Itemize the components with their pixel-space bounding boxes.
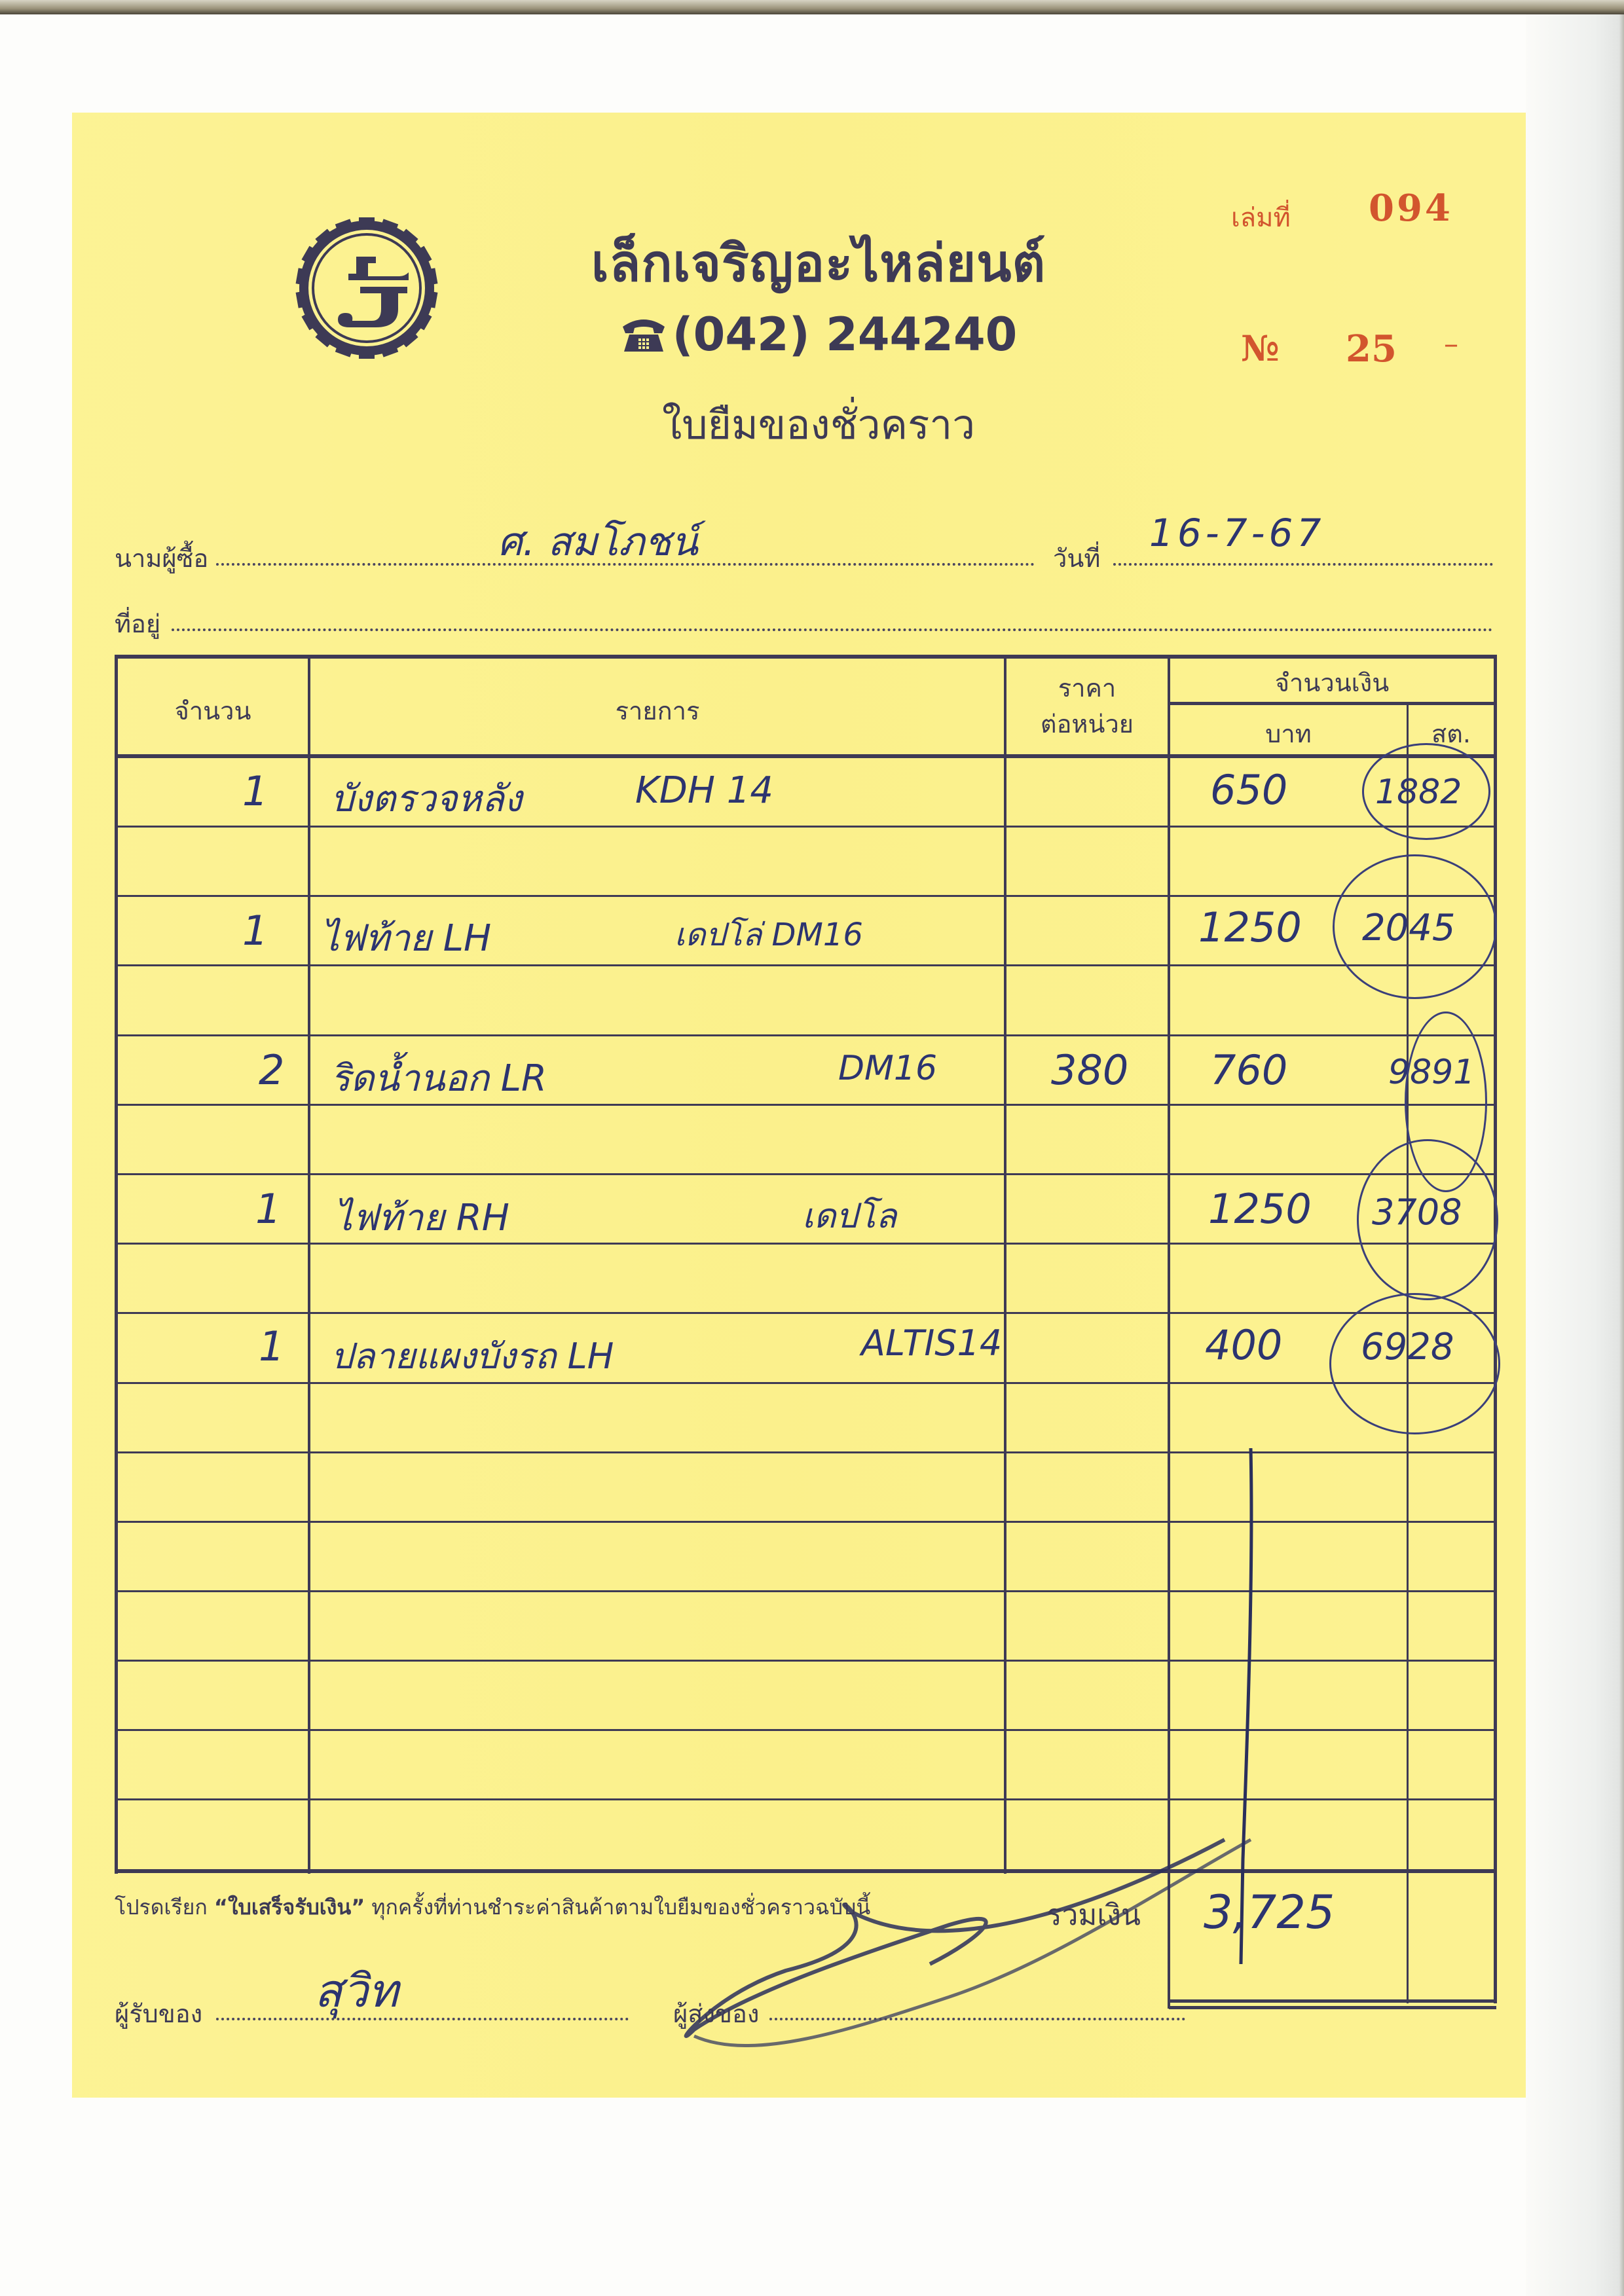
sender-label: ผู้ส่งของ xyxy=(673,1994,759,2033)
scanner-edge-top xyxy=(0,0,1624,14)
document-number: 25 xyxy=(1346,327,1397,371)
row-model[interactable]: DM16 xyxy=(838,1049,937,1088)
row-baht[interactable]: 1250 xyxy=(1198,903,1302,951)
row-line xyxy=(115,1590,1496,1592)
book-number: 094 xyxy=(1369,187,1453,230)
company-name: เล็กเจริญอะไหล่ยนต์ xyxy=(524,223,1113,304)
col-divider-unit-price xyxy=(1168,655,1170,2009)
phone-number: (042) 244240 xyxy=(673,308,1018,361)
row-unit-price[interactable]: 380 xyxy=(1051,1046,1128,1094)
book-number-label: เล่มที่ xyxy=(1231,196,1291,238)
row-baht[interactable]: 650 xyxy=(1210,766,1287,814)
row-item[interactable]: บังตรวจหลัง xyxy=(331,769,522,828)
row-line xyxy=(115,1243,1496,1245)
date-label: วันที่ xyxy=(1053,538,1100,578)
col-header-unit-price-line2: ต่อหน่วย xyxy=(1006,704,1168,744)
row-qty[interactable]: 2 xyxy=(259,1046,284,1094)
col-header-item: รายการ xyxy=(310,691,1005,731)
company-phone: (042) 244240 xyxy=(589,308,1048,361)
row-line xyxy=(115,1034,1496,1036)
col-header-baht: บาท xyxy=(1170,714,1407,754)
table-left-border xyxy=(115,655,118,1874)
row-line xyxy=(115,1660,1496,1662)
row-line xyxy=(115,1312,1496,1314)
row-line xyxy=(115,1521,1496,1523)
date-field[interactable]: 16-7-67 xyxy=(1149,511,1325,555)
address-line xyxy=(172,629,1493,631)
buyer-label: นามผู้ซื้อ xyxy=(115,538,208,578)
gear-logo-icon xyxy=(288,210,445,367)
row-line xyxy=(115,1729,1496,1731)
row-qty[interactable]: 1 xyxy=(242,907,268,955)
row-note: 6928 xyxy=(1361,1326,1454,1368)
row-line xyxy=(115,826,1496,828)
sender-line xyxy=(769,2018,1185,2020)
header-bottom-border xyxy=(115,754,1496,758)
row-model[interactable]: เดปโล xyxy=(802,1188,896,1243)
total-amount[interactable]: 3,725 xyxy=(1204,1886,1335,1939)
row-item[interactable]: ไฟท้าย LH xyxy=(321,909,491,967)
row-line xyxy=(115,1451,1496,1453)
note-suffix: ทุกครั้งที่ท่านชำระค่าสินค้าตามใบยืมของช… xyxy=(365,1895,870,1920)
row-line xyxy=(115,1798,1496,1800)
row-line xyxy=(115,1382,1496,1384)
row-item[interactable]: ปลายแผงบังรถ LH xyxy=(331,1328,614,1384)
receiver-label: ผู้รับของ xyxy=(115,1994,202,2033)
row-baht[interactable]: 760 xyxy=(1210,1046,1287,1094)
row-qty[interactable]: 1 xyxy=(255,1185,281,1233)
receiver-line xyxy=(216,2018,629,2020)
col-divider-qty xyxy=(308,655,310,1874)
col-header-amount: จำนวนเงิน xyxy=(1170,663,1494,702)
row-note: 3708 xyxy=(1372,1192,1462,1233)
row-line xyxy=(115,1173,1496,1175)
row-model[interactable]: ALTIS14 xyxy=(861,1322,1002,1364)
table-top-border xyxy=(115,655,1496,659)
col-divider-item xyxy=(1004,655,1006,1874)
address-label: ที่อยู่ xyxy=(115,604,160,644)
total-label: รวมเงิน xyxy=(1046,1892,1141,1938)
table-right-border xyxy=(1494,655,1497,2003)
total-box-bottom xyxy=(1169,1999,1496,2003)
date-line xyxy=(1113,563,1493,566)
row-note: 1882 xyxy=(1375,773,1462,812)
col-header-unit-price-line1: ราคา xyxy=(1006,668,1168,708)
row-note: 2045 xyxy=(1362,907,1456,949)
note-prefix: โปรดเรียก xyxy=(115,1895,214,1920)
row-model[interactable]: KDH 14 xyxy=(635,769,773,812)
telephone-icon xyxy=(620,315,667,354)
row-item[interactable]: ไฟท้าย RH xyxy=(334,1188,509,1247)
row-qty[interactable]: 1 xyxy=(242,767,268,815)
col-header-qty: จำนวน xyxy=(118,691,308,731)
row-baht[interactable]: 400 xyxy=(1205,1321,1282,1369)
row-model[interactable]: เดปโล่ DM16 xyxy=(674,910,863,960)
document-number-label: № xyxy=(1241,327,1280,369)
row-line xyxy=(115,1104,1496,1106)
row-item[interactable]: ริดน้ำนอก LR xyxy=(331,1049,547,1107)
row-qty[interactable]: 1 xyxy=(259,1322,284,1370)
total-box-double-line xyxy=(1169,2006,1496,2009)
note-emphasis: “ใบเสร็จรับเงิน” xyxy=(214,1895,365,1920)
document-number-suffix: – xyxy=(1444,327,1458,361)
buyer-name-field[interactable]: ศ. สมโภชน์ xyxy=(498,511,698,573)
receiver-signature[interactable]: สุวิท xyxy=(314,1954,398,2027)
row-note: 9891 xyxy=(1388,1053,1475,1092)
receipt-request-note: โปรดเรียก “ใบเสร็จรับเงิน” ทุกครั้งที่ท่… xyxy=(115,1891,870,1924)
table-bottom-border xyxy=(115,1869,1496,1873)
row-line xyxy=(115,895,1496,897)
document-title: ใบยืมของชั่วคราว xyxy=(524,393,1113,457)
scanner-backing-right xyxy=(1526,14,1624,2296)
row-baht[interactable]: 1250 xyxy=(1208,1185,1312,1233)
